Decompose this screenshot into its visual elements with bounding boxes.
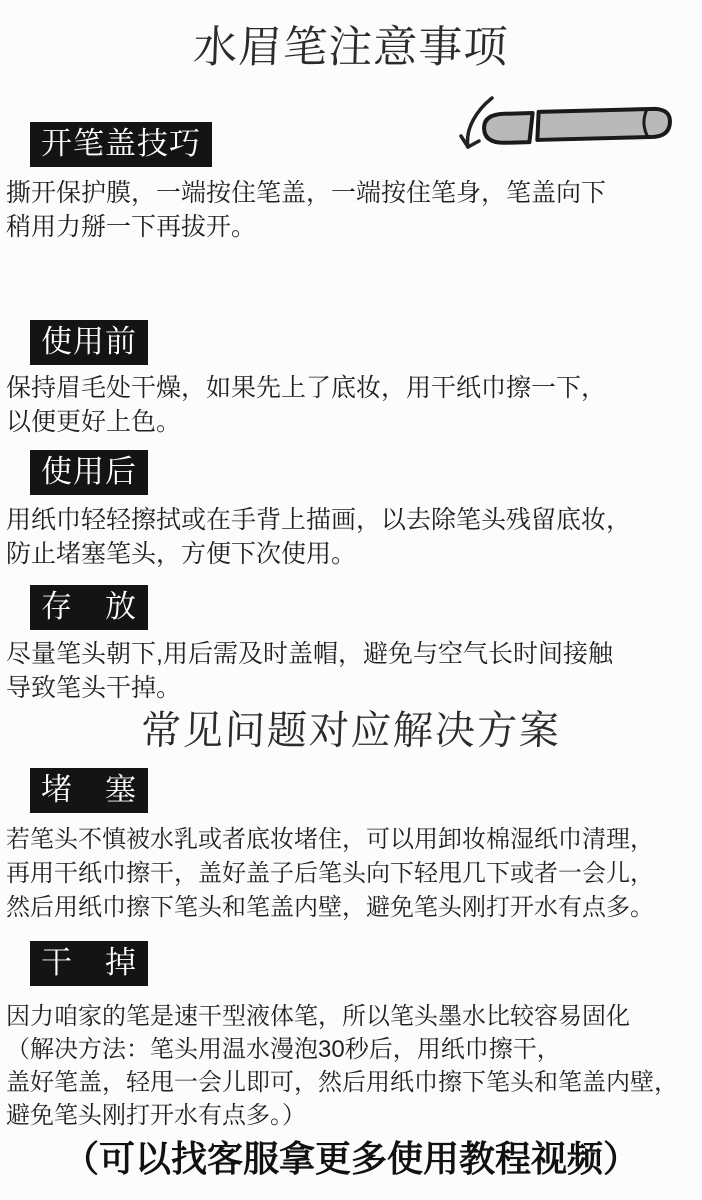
section-label-open-cap: 开笔盖技巧 [30,122,212,167]
contact-support-note: （可以找客服拿更多使用教程视频） [0,1136,702,1182]
para-line: 用纸巾轻轻擦拭或在手背上描画，以去除笔头残留底妆， [6,503,692,537]
para-after-use: 用纸巾轻轻擦拭或在手背上描画，以去除笔头残留底妆， 防止堵塞笔头，方便下次使用。 [6,503,692,571]
section-before-use: 使用前 [30,320,692,365]
para-line: 再用干纸巾擦干，盖好盖子后笔头向下轻甩几下或者一会儿， [6,857,692,891]
para-open-cap: 撕开保护膜，一端按住笔盖，一端按住笔身，笔盖向下 稍用力掰一下再拔开。 [6,176,692,244]
pen-illustration [443,90,698,168]
para-line: （解决方法：笔头用温水漫泡30秒后，用纸巾擦干， [6,1033,692,1066]
para-line: 若笔头不慎被水乳或者底妆堵住，可以用卸妆棉湿纸巾清理， [6,823,692,857]
para-line: 盖好笔盖，轻甩一会儿即可，然后用纸巾擦下笔头和笔盖内壁， [6,1066,692,1099]
para-storage: 尽量笔头朝下,用后需及时盖帽，避免与空气长时间接触 导致笔头干掉。 [6,637,692,705]
section-dried-out: 干 掉 [30,941,692,986]
section-label-storage: 存 放 [30,585,148,630]
para-line: 然后用纸巾擦下笔头和笔盖内壁，避免笔头刚打开水有点多。 [6,891,692,925]
para-line: 尽量笔头朝下,用后需及时盖帽，避免与空气长时间接触 [6,637,692,671]
instruction-page: 水眉笔注意事项 开笔盖技巧 撕开保护膜，一端按住笔盖，一端按住笔身，笔盖向下 稍… [0,0,702,1200]
section-label-dried-out: 干 掉 [30,941,148,986]
faq-title: 常见问题对应解决方案 [0,705,702,757]
para-line: 避免笔头刚打开水有点多。） [6,1099,692,1132]
page-title: 水眉笔注意事项 [0,0,702,78]
para-line: 稍用力掰一下再拔开。 [6,210,692,244]
section-storage: 存 放 [30,585,692,630]
para-line: 导致笔头干掉。 [6,671,692,705]
para-clogged: 若笔头不慎被水乳或者底妆堵住，可以用卸妆棉湿纸巾清理， 再用干纸巾擦干，盖好盖子… [6,823,692,925]
pen-icon [484,108,671,143]
para-line: 保持眉毛处干燥，如果先上了底妆，用干纸巾擦一下， [6,371,692,405]
para-line: 撕开保护膜，一端按住笔盖，一端按住笔身，笔盖向下 [6,176,692,210]
section-after-use: 使用后 [30,450,692,495]
para-line: 以便更好上色。 [6,405,692,439]
section-label-before-use: 使用前 [30,320,148,365]
para-dried-out: 因力咱家的笔是速干型液体笔，所以笔头墨水比较容易固化 （解决方法：笔头用温水漫泡… [6,1000,692,1132]
para-line: 防止堵塞笔头，方便下次使用。 [6,537,692,571]
section-label-after-use: 使用后 [30,450,148,495]
section-clogged: 堵 塞 [30,768,692,813]
para-before-use: 保持眉毛处干燥，如果先上了底妆，用干纸巾擦一下， 以便更好上色。 [6,371,692,439]
para-line: 因力咱家的笔是速干型液体笔，所以笔头墨水比较容易固化 [6,1000,692,1033]
section-label-clogged: 堵 塞 [30,768,148,813]
